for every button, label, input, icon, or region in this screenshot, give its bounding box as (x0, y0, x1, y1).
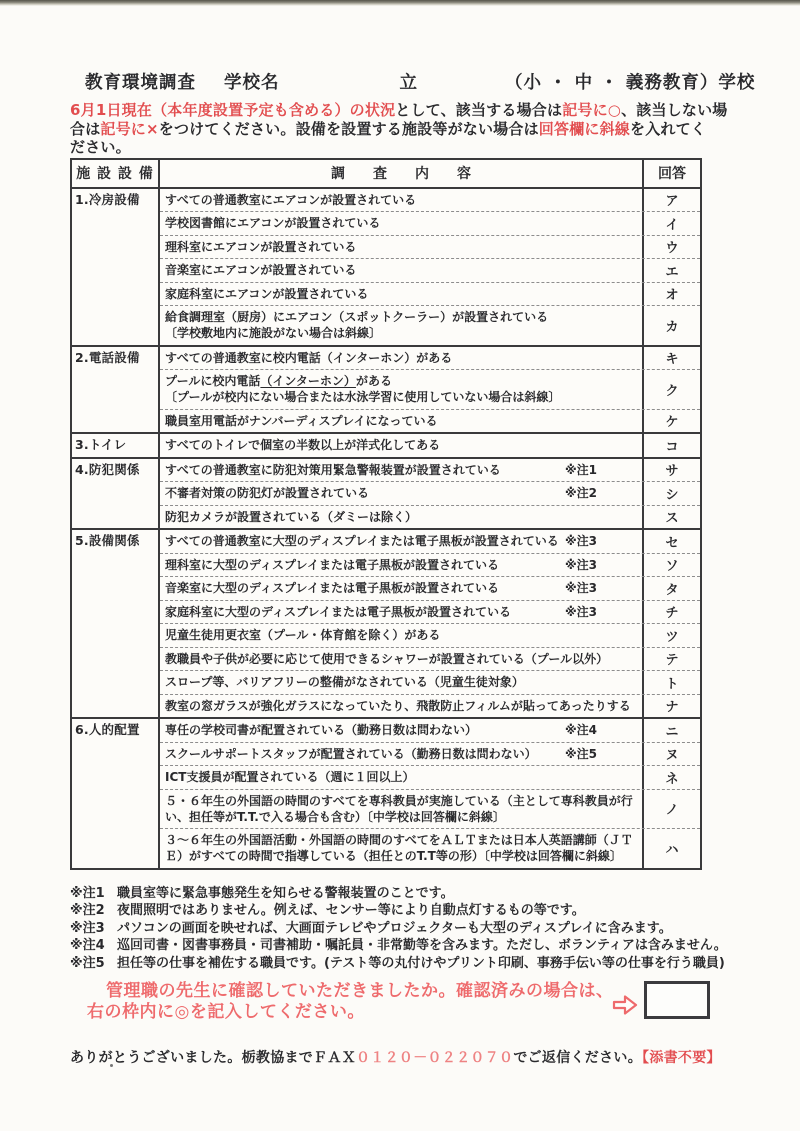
answer-code-cell: ウ (642, 236, 700, 259)
note-item: ※注1職員室等に緊急事態発生を知らせる警報装置のことです。 (70, 885, 736, 902)
question-cell: ３～６年生の外国語活動・外国語の時間のすべてをＡＬＴまたは日本人英語講師（ＪＴＥ… (160, 829, 642, 868)
question-text: 理科室にエアコンが設置されている (165, 239, 638, 255)
note-reference: ※注2 (565, 485, 597, 501)
note-item: ※注5担任等の仕事を補佐する職員です。(テスト等の丸付けやプリント印刷、事務手伝… (70, 955, 736, 972)
note-text: 夜間照明ではありません。例えば、センサー等により自動点灯するもの等です。 (117, 902, 736, 919)
document-content: 教育環境調査 学校名 立 （小 ・ 中 ・ 義務教育）学校 6月1日現在（本年度… (70, 73, 736, 1067)
text-segment: 記号に× (100, 120, 158, 138)
answer-code-cell: シ (642, 482, 700, 505)
table-header-content: 調 査 内 容 (160, 160, 642, 187)
answer-code-cell: ト (642, 671, 700, 694)
question-cell: すべての普通教室に大型のディスプレイまたは電子黒板が設置されている※注3 (160, 530, 642, 553)
note-label: ※注3 (70, 920, 117, 937)
table-row: すべての普通教室に大型のディスプレイまたは電子黒板が設置されている※注3セ (160, 530, 700, 553)
table-row: 職員室用電話がナンバーディスプレイになっているケ (160, 409, 700, 433)
answer-code-cell: ケ (642, 410, 700, 433)
answer-code-cell: ハ (642, 829, 700, 868)
question-cell: 家庭科室にエアコンが設置されている (160, 283, 642, 306)
question-cell: 理科室にエアコンが設置されている (160, 236, 642, 259)
text-segment: を入れてく (630, 120, 706, 138)
answer-code-cell: ス (642, 506, 700, 529)
answer-code-cell: タ (642, 577, 700, 600)
answer-code-cell: ア (642, 189, 700, 212)
table-row: ICT支援員が配置されている（週に１回以上）ネ (160, 765, 700, 789)
section-rows: すべての普通教室に防犯対策用緊急警報装置が設置されている※注1サ不審者対策の防犯… (160, 459, 700, 529)
section-rows: すべての普通教室に校内電話（インターホン）があるキプールに校内電話（インターホン… (160, 347, 700, 433)
text-segment: として、該当する場合は (395, 101, 562, 119)
school-type-label: （小 ・ 中 ・ 義務教育）学校 (505, 73, 755, 94)
answer-code-cell: セ (642, 530, 700, 553)
notes-list: ※注1職員室等に緊急事態発生を知らせる警報装置のことです。※注2夜間照明ではあり… (70, 885, 736, 972)
table-section: 4.防犯関係すべての普通教室に防犯対策用緊急警報装置が設置されている※注1サ不審… (72, 457, 700, 529)
section-rows: すべてのトイレで個室の半数以上が洋式化してあるコ (160, 434, 700, 457)
text-segment: 6月1日現在（本年度設置予定も含める）の状況 (70, 101, 395, 119)
confirmation-line-2: 右の枠内に◎を記入してください。 (87, 1002, 612, 1024)
text-segment: ０１２０－０２２０７０ (356, 1050, 513, 1066)
table-row: 家庭科室にエアコンが設置されているオ (160, 282, 700, 306)
text-segment: でご返信ください。 (513, 1050, 642, 1066)
question-text: 職員室用電話がナンバーディスプレイになっている (165, 413, 638, 429)
question-cell: 職員室用電話がナンバーディスプレイになっている (160, 410, 642, 433)
survey-table: 施 設 設 備 調 査 内 容 回答 1.冷房設備すべての普通教室にエアコンが設… (70, 158, 702, 870)
table-section: 6.人的配置専任の学校司書が配置されている（勤務日数は問わない）※注4ニスクール… (72, 717, 700, 868)
text-segment: 記号に○ (562, 101, 621, 119)
table-header-answer: 回答 (642, 160, 700, 187)
note-item: ※注2夜間照明ではありません。例えば、センサー等により自動点灯するもの等です。 (70, 902, 736, 919)
facility-category-label: 6.人的配置 (72, 719, 160, 868)
question-cell: 家庭科室に大型のディスプレイまたは電子黒板が設置されている※注3 (160, 601, 642, 624)
facility-category-label: 4.防犯関係 (72, 459, 160, 529)
section-rows: すべての普通教室にエアコンが設置されているア学校図書館にエアコンが設置されている… (160, 189, 700, 345)
answer-code-cell: コ (642, 434, 700, 457)
question-text: 給食調理室（厨房）にエアコン（スポットクーラー）が設置されている (165, 309, 638, 325)
question-cell: すべての普通教室にエアコンが設置されている (160, 189, 642, 212)
arrow-right-icon (612, 993, 638, 1017)
text-segment: がある (356, 374, 392, 388)
text-segment: 、該当しない場 (621, 101, 727, 119)
answer-code-cell: ソ (642, 554, 700, 577)
note-reference: ※注3 (565, 580, 597, 596)
text-segment: をつけてください。設備を設置する施設等がない場合は (159, 120, 539, 138)
question-text: ５・６年生の外国語の時間のすべてを専科教員が実施している（主として専科教員が行い… (165, 793, 638, 825)
answer-code-cell: ネ (642, 766, 700, 789)
facility-category-label: 1.冷房設備 (72, 189, 160, 345)
answer-code-cell: イ (642, 212, 700, 235)
table-row: 音楽室に大型のディスプレイまたは電子黒板が設置されている※注3タ (160, 576, 700, 600)
question-cell: 学校図書館にエアコンが設置されている (160, 212, 642, 235)
note-text: パソコンの画面を映せれば、大画面テレビやプロジェクターも大型のディスプレイに含み… (117, 920, 736, 937)
question-cell: 音楽室にエアコンが設置されている (160, 259, 642, 282)
question-cell: スロープ等、バリアフリーの整備がなされている（児童生徒対象） (160, 671, 642, 694)
facility-category-label: 2.電話設備 (72, 347, 160, 433)
question-text: ３～６年生の外国語活動・外国語の時間のすべてをＡＬＴまたは日本人英語講師（ＪＴＥ… (165, 832, 638, 864)
question-text: 教職員や子供が必要に応じて使用できるシャワーが設置されている（プール以外） (165, 651, 638, 667)
question-subtext: 〔学校敷地内に施設がない場合は斜線〕 (165, 325, 638, 341)
facility-category-label: 5.設備関係 (72, 530, 160, 717)
table-row: 給食調理室（厨房）にエアコン（スポットクーラー）が設置されている〔学校敷地内に施… (160, 305, 700, 345)
question-cell: ICT支援員が配置されている（週に１回以上） (160, 766, 642, 789)
question-cell: 理科室に大型のディスプレイまたは電子黒板が設置されている※注3 (160, 554, 642, 577)
confirmation-line-1: 管理職の先生に確認していただきましたか。確認済みの場合は、 (106, 981, 612, 1003)
table-row: 防犯カメラが設置されている（ダミーは除く）ス (160, 505, 700, 529)
note-item: ※注3パソコンの画面を映せれば、大画面テレビやプロジェクターも大型のディスプレイ… (70, 920, 736, 937)
note-text: 職員室等に緊急事態発生を知らせる警報装置のことです。 (117, 885, 736, 902)
section-rows: 専任の学校司書が配置されている（勤務日数は問わない）※注4ニスクールサポートスタ… (160, 719, 700, 868)
table-header-facility: 施 設 設 備 (72, 160, 160, 187)
question-text: すべての普通教室に校内電話（インターホン）がある (165, 350, 638, 366)
page-title: 教育環境調査 (85, 73, 196, 94)
confirmation-text: 管理職の先生に確認していただきましたか。確認済みの場合は、 右の枠内に◎を記入し… (70, 981, 612, 1024)
answer-code-cell: ニ (642, 719, 700, 742)
question-cell: 教室の窓ガラスが強化ガラスになっていたり、飛散防止フィルムが貼ってあったりする (160, 695, 642, 718)
table-row: すべての普通教室に校内電話（インターホン）があるキ (160, 347, 700, 370)
question-cell: すべての普通教室に校内電話（インターホン）がある (160, 347, 642, 370)
question-cell: ５・６年生の外国語の時間のすべてを専科教員が実施している（主として専科教員が行い… (160, 790, 642, 829)
question-text: 教室の窓ガラスが強化ガラスになっていたり、飛散防止フィルムが貼ってあったりする (165, 698, 638, 714)
note-label: ※注5 (70, 955, 117, 972)
school-name-label: 学校名 (224, 73, 280, 94)
question-text: 児童生徒用更衣室（プール・体育館を除く）がある (165, 627, 638, 643)
table-row: 理科室にエアコンが設置されているウ (160, 235, 700, 259)
table-row: スクールサポートスタッフが配置されている（勤務日数は問わない）※注5ヌ (160, 742, 700, 766)
text-segment: （インターホン） (260, 374, 356, 388)
table-section: 5.設備関係すべての普通教室に大型のディスプレイまたは電子黒板が設置されている※… (72, 528, 700, 717)
document-title-row: 教育環境調査 学校名 立 （小 ・ 中 ・ 義務教育）学校 (70, 73, 736, 94)
question-cell: 児童生徒用更衣室（プール・体育館を除く）がある (160, 624, 642, 647)
note-text: 担任等の仕事を補佐する職員です。(テスト等の丸付けやプリント印刷、事務手伝い等の… (117, 955, 736, 972)
table-row: 児童生徒用更衣室（プール・体育館を除く）があるツ (160, 623, 700, 647)
answer-code-cell: エ (642, 259, 700, 282)
footer-text: ありがとうございました。栃教協までＦＡＸ０１２０－０２２０７０でご返信ください。… (70, 1047, 736, 1067)
note-reference: ※注3 (565, 604, 597, 620)
note-reference: ※注1 (565, 462, 597, 478)
table-section: 2.電話設備すべての普通教室に校内電話（インターホン）があるキプールに校内電話（… (72, 345, 700, 433)
answer-code-cell: キ (642, 347, 700, 370)
text-segment: プールに校内電話 (165, 374, 260, 388)
answer-code-cell: ナ (642, 695, 700, 718)
scan-speck-artifact (110, 1064, 113, 1067)
table-row: 音楽室にエアコンが設置されているエ (160, 258, 700, 282)
note-item: ※注4巡回司書・図書事務員・司書補助・嘱託員・非常勤等を含みます。ただし、ボラン… (70, 937, 736, 954)
question-text: スロープ等、バリアフリーの整備がなされている（児童生徒対象） (165, 674, 638, 690)
table-row: スロープ等、バリアフリーの整備がなされている（児童生徒対象）ト (160, 670, 700, 694)
facility-category-label: 3.トイレ (72, 434, 160, 457)
note-label: ※注4 (70, 937, 117, 954)
table-row: 教室の窓ガラスが強化ガラスになっていたり、飛散防止フィルムが貼ってあったりするナ (160, 694, 700, 718)
question-text: すべての普通教室にエアコンが設置されている (165, 192, 638, 208)
instruction-text: 6月1日現在（本年度設置予定も含める）の状況として、該当する場合は記号に○、該当… (70, 101, 736, 157)
question-cell: すべての普通教室に防犯対策用緊急警報装置が設置されている※注1 (160, 459, 642, 482)
text-segment: ださい。 (70, 138, 131, 156)
note-reference: ※注3 (565, 557, 597, 573)
answer-code-cell: オ (642, 283, 700, 306)
answer-code-cell: サ (642, 459, 700, 482)
table-row: プールに校内電話（インターホン）がある〔プールが校内にない場合または水泳学習に使… (160, 369, 700, 409)
question-cell: 防犯カメラが設置されている（ダミーは除く） (160, 506, 642, 529)
answer-code-cell: ツ (642, 624, 700, 647)
section-rows: すべての普通教室に大型のディスプレイまたは電子黒板が設置されている※注3セ理科室… (160, 530, 700, 717)
table-row: 教職員や子供が必要に応じて使用できるシャワーが設置されている（プール以外）テ (160, 647, 700, 671)
note-label: ※注2 (70, 902, 117, 919)
note-reference: ※注3 (565, 533, 597, 549)
scanned-survey-document: 教育環境調査 学校名 立 （小 ・ 中 ・ 義務教育）学校 6月1日現在（本年度… (0, 0, 800, 1131)
note-reference: ※注5 (565, 746, 597, 762)
text-segment: 【添書不要】 (642, 1050, 721, 1066)
scan-edge-artifact (0, 0, 800, 6)
note-text: 巡回司書・図書事務員・司書補助・嘱託員・非常勤等を含みます。ただし、ボランティア… (117, 937, 736, 954)
answer-code-cell: ヌ (642, 743, 700, 766)
question-text: 音楽室にエアコンが設置されている (165, 262, 638, 278)
table-row: 学校図書館にエアコンが設置されているイ (160, 211, 700, 235)
table-section: 3.トイレすべてのトイレで個室の半数以上が洋式化してあるコ (72, 432, 700, 457)
confirmation-box (644, 981, 710, 1019)
table-row: すべての普通教室にエアコンが設置されているア (160, 189, 700, 212)
question-subtext: 〔プールが校内にない場合または水泳学習に使用していない場合は斜線〕 (165, 389, 638, 405)
note-label: ※注1 (70, 885, 117, 902)
answer-code-cell: カ (642, 306, 700, 345)
confirmation-row: 管理職の先生に確認していただきましたか。確認済みの場合は、 右の枠内に◎を記入し… (70, 981, 736, 1024)
question-cell: すべてのトイレで個室の半数以上が洋式化してある (160, 434, 642, 457)
question-cell: 音楽室に大型のディスプレイまたは電子黒板が設置されている※注3 (160, 577, 642, 600)
answer-code-cell: テ (642, 648, 700, 671)
establishment-label: 立 (400, 73, 419, 94)
table-row: すべてのトイレで個室の半数以上が洋式化してあるコ (160, 434, 700, 457)
answer-code-cell: チ (642, 601, 700, 624)
question-cell: スクールサポートスタッフが配置されている（勤務日数は問わない）※注5 (160, 743, 642, 766)
question-text: すべてのトイレで個室の半数以上が洋式化してある (165, 437, 638, 453)
text-segment: ありがとうございました。栃教協までＦＡＸ (70, 1050, 356, 1066)
text-segment: 合は (70, 120, 100, 138)
question-text: 家庭科室にエアコンが設置されている (165, 286, 638, 302)
question-cell: 教職員や子供が必要に応じて使用できるシャワーが設置されている（プール以外） (160, 648, 642, 671)
table-row: ５・６年生の外国語の時間のすべてを専科教員が実施している（主として専科教員が行い… (160, 789, 700, 829)
answer-code-cell: ノ (642, 790, 700, 829)
question-text: 防犯カメラが設置されている（ダミーは除く） (165, 509, 638, 525)
question-text: プールに校内電話（インターホン）がある (165, 373, 638, 389)
table-row: 理科室に大型のディスプレイまたは電子黒板が設置されている※注3ソ (160, 553, 700, 577)
question-text: 学校図書館にエアコンが設置されている (165, 215, 638, 231)
question-cell: 専任の学校司書が配置されている（勤務日数は問わない）※注4 (160, 719, 642, 742)
table-header-row: 施 設 設 備 調 査 内 容 回答 (72, 160, 700, 189)
survey-table-sections: 1.冷房設備すべての普通教室にエアコンが設置されているア学校図書館にエアコンが設… (72, 189, 700, 868)
question-cell: 不審者対策の防犯灯が設置されている※注2 (160, 482, 642, 505)
text-segment: 回答欄に斜線 (539, 120, 630, 138)
table-row: すべての普通教室に防犯対策用緊急警報装置が設置されている※注1サ (160, 459, 700, 482)
table-section: 1.冷房設備すべての普通教室にエアコンが設置されているア学校図書館にエアコンが設… (72, 189, 700, 345)
question-text: ICT支援員が配置されている（週に１回以上） (165, 769, 638, 785)
table-row: 家庭科室に大型のディスプレイまたは電子黒板が設置されている※注3チ (160, 600, 700, 624)
answer-code-cell: ク (642, 370, 700, 409)
table-row: 専任の学校司書が配置されている（勤務日数は問わない）※注4ニ (160, 719, 700, 742)
table-row: ３～６年生の外国語活動・外国語の時間のすべてをＡＬＴまたは日本人英語講師（ＪＴＥ… (160, 828, 700, 868)
question-cell: プールに校内電話（インターホン）がある〔プールが校内にない場合または水泳学習に使… (160, 370, 642, 409)
note-reference: ※注4 (565, 722, 597, 738)
question-cell: 給食調理室（厨房）にエアコン（スポットクーラー）が設置されている〔学校敷地内に施… (160, 306, 642, 345)
table-row: 不審者対策の防犯灯が設置されている※注2シ (160, 481, 700, 505)
